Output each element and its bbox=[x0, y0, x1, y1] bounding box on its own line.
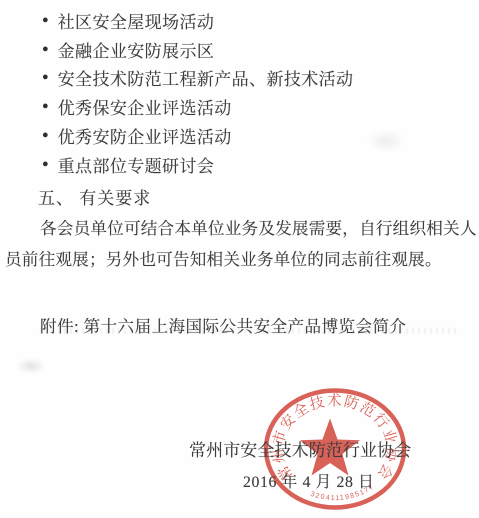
bullet-text: 社区安全屋现场活动 bbox=[58, 8, 215, 33]
attachment-line: 附件: 第十六届上海国际公共安全产品博览会简介 bbox=[40, 313, 406, 337]
signature-organization: 常州市安全技术防范行业协会 bbox=[189, 436, 411, 461]
bullet-list: ● 社区安全屋现场活动 ● 金融企业安防展示区 ● 安全技术防范工程新产品、新技… bbox=[42, 6, 353, 179]
list-item: ● 安全技术防范工程新产品、新技术活动 bbox=[42, 64, 353, 93]
signature-date: 2016 年 4 月 28 日 bbox=[243, 469, 374, 492]
list-item: ● 重点部位专题研讨会 bbox=[42, 150, 353, 179]
scan-smudge bbox=[16, 358, 46, 374]
list-item: ● 优秀安防企业评选活动 bbox=[42, 121, 353, 150]
bullet-icon: ● bbox=[42, 101, 49, 112]
scan-smudge bbox=[366, 130, 406, 152]
bullet-text: 优秀安防企业评选活动 bbox=[58, 123, 232, 148]
bullet-text: 安全技术防范工程新产品、新技术活动 bbox=[58, 65, 354, 90]
paragraph-line: 各会员单位可结合本单位业务及发展需要，自行组织相关人 bbox=[40, 215, 477, 239]
bullet-icon: ● bbox=[42, 44, 49, 55]
paragraph-line: 员前往观展；另外也可告知相关业务单位的同志前往观展。 bbox=[5, 246, 442, 270]
section-heading: 五、 有关要求 bbox=[38, 184, 151, 209]
bullet-text: 重点部位专题研讨会 bbox=[58, 152, 215, 177]
bullet-text: 优秀保安企业评选活动 bbox=[58, 94, 232, 119]
list-item: ● 金融企业安防展示区 bbox=[42, 35, 353, 64]
bullet-icon: ● bbox=[42, 130, 49, 141]
bullet-icon: ● bbox=[42, 159, 49, 170]
bullet-text: 金融企业安防展示区 bbox=[58, 37, 215, 62]
list-item: ● 优秀保安企业评选活动 bbox=[42, 92, 353, 121]
document-page: ● 社区安全屋现场活动 ● 金融企业安防展示区 ● 安全技术防范工程新产品、新技… bbox=[0, 0, 479, 518]
bullet-icon: ● bbox=[42, 15, 49, 26]
list-item: ● 社区安全屋现场活动 bbox=[42, 6, 353, 35]
bullet-icon: ● bbox=[42, 72, 49, 83]
